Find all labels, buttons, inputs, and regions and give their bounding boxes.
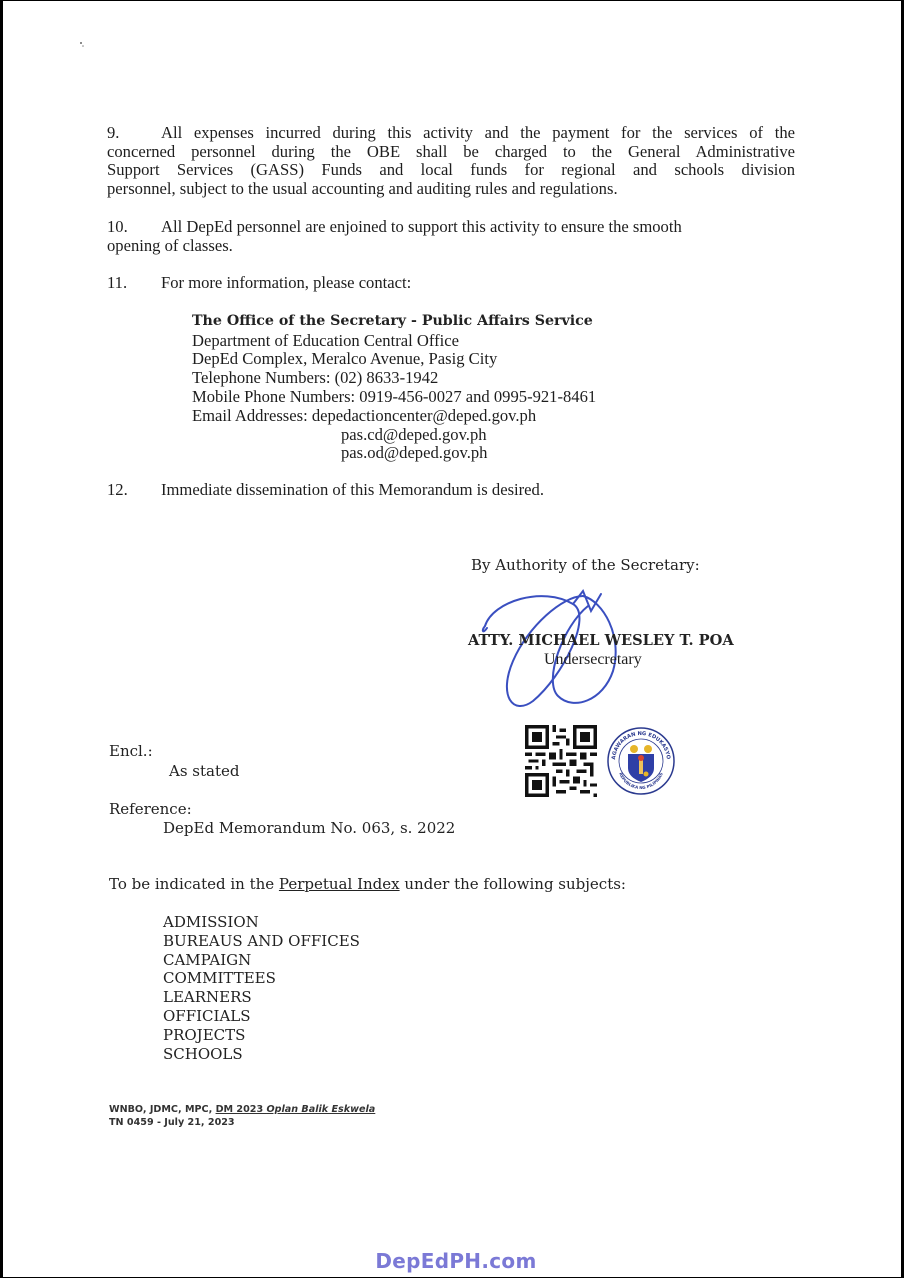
paragraph-line: concerned personnel during the OBE shall… — [107, 143, 795, 162]
paragraph-number: 10. — [107, 218, 161, 237]
footer-doc-ref-plain: DM 2023 — [216, 1104, 267, 1115]
subject-item: ADMISSION — [163, 913, 259, 932]
reference-value: DepEd Memorandum No. 063, s. 2022 — [163, 819, 455, 838]
scan-specks — [73, 36, 113, 76]
perpetual-index-prefix: To be indicated in the — [109, 875, 279, 893]
subject-item: CAMPAIGN — [163, 951, 251, 970]
paragraph-11: 11.For more information, please contact: — [107, 274, 795, 293]
perpetual-index-link[interactable]: Perpetual Index — [279, 875, 400, 893]
subject-item: COMMITTEES — [163, 969, 276, 988]
paragraph-line: All expenses incurred during this activi… — [161, 123, 795, 142]
subject-item: SCHOOLS — [163, 1045, 243, 1064]
paragraph-line: All DepEd personnel are enjoined to supp… — [161, 217, 682, 236]
footer-doc-ref: DM 2023 Oplan Balik Eskwela — [216, 1104, 376, 1115]
paragraph-line: personnel, subject to the usual accounti… — [107, 180, 795, 199]
contact-office: The Office of the Secretary - Public Aff… — [192, 312, 593, 331]
paragraph-9: 9.All expenses incurred during this acti… — [107, 124, 795, 199]
qr-code[interactable] — [523, 725, 599, 797]
footer-tracking: TN 0459 - July 21, 2023 — [109, 1117, 235, 1129]
memorandum-page: 9.All expenses incurred during this acti… — [0, 0, 904, 1278]
subject-item: OFFICIALS — [163, 1007, 251, 1026]
enclosure-label: Encl.: — [109, 742, 153, 761]
contact-telephone: Telephone Numbers: (02) 8633-1942 — [192, 368, 438, 387]
paragraph-10: 10.All DepEd personnel are enjoined to s… — [107, 218, 795, 255]
subject-item: PROJECTS — [163, 1026, 245, 1045]
paragraph-line: Immediate dissemination of this Memorand… — [161, 480, 544, 499]
paragraph-line: opening of classes. — [107, 237, 795, 256]
contact-email: pas.od@deped.gov.ph — [341, 443, 487, 462]
authority-line: By Authority of the Secretary: — [471, 556, 700, 575]
paragraph-number: 12. — [107, 481, 161, 500]
contact-address: DepEd Complex, Meralco Avenue, Pasig Cit… — [192, 349, 497, 368]
contact-email-primary: Email Addresses: depedactioncenter@deped… — [192, 406, 536, 425]
subject-item: BUREAUS AND OFFICES — [163, 932, 360, 951]
paragraph-line: For more information, please contact: — [161, 273, 411, 292]
paragraph-line: Support Services (GASS) Funds and local … — [107, 161, 795, 180]
subject-item: LEARNERS — [163, 988, 252, 1007]
paragraph-number: 9. — [107, 124, 161, 143]
contact-email: pas.cd@deped.gov.ph — [341, 425, 487, 444]
signatory-name: ATTY. MICHAEL WESLEY T. POA — [468, 631, 734, 650]
paragraph-number: 11. — [107, 274, 161, 293]
footer-initials-line: WNBO, JDMC, MPC, DM 2023 Oplan Balik Esk… — [109, 1104, 375, 1116]
footer-doc-ref-italic: Oplan Balik Eskwela — [266, 1104, 375, 1115]
contact-department: Department of Education Central Office — [192, 331, 459, 350]
signatory-title: Undersecretary — [544, 650, 642, 669]
footer-initials: WNBO, JDMC, MPC, — [109, 1104, 216, 1115]
watermark: DepEdPH.com — [3, 1249, 906, 1273]
deped-seal-icon: KAGAWARAN NG EDUKASYON REPUBLIKA NG PILI… — [606, 726, 676, 796]
perpetual-index-line: To be indicated in the Perpetual Index u… — [109, 875, 626, 894]
perpetual-index-suffix: under the following subjects: — [400, 875, 626, 893]
paragraph-12: 12.Immediate dissemination of this Memor… — [107, 481, 795, 500]
enclosure-value: As stated — [169, 762, 239, 781]
reference-label: Reference: — [109, 800, 192, 819]
contact-mobile: Mobile Phone Numbers: 0919-456-0027 and … — [192, 387, 596, 406]
